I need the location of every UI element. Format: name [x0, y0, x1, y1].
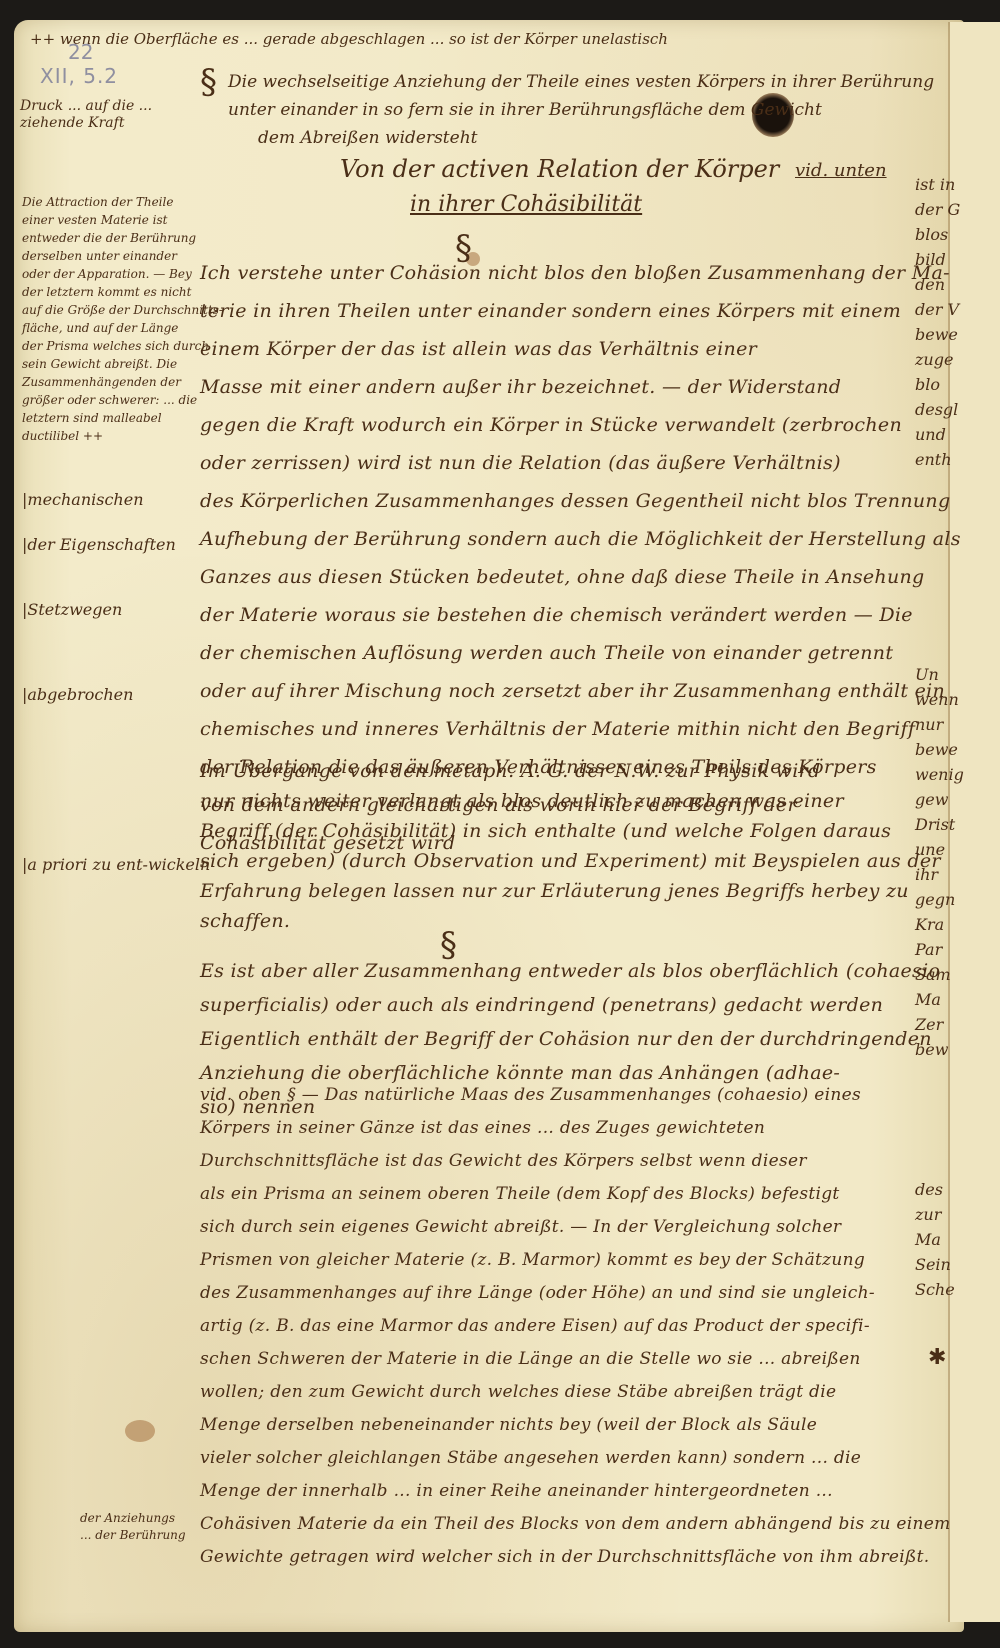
right-fragment-line: wenn [915, 690, 959, 709]
cross-reference: vid. unten [795, 160, 887, 181]
body-line: Aufhebung der Berührung sondern auch die… [200, 528, 961, 550]
margin-line: entweder die der Berührung [22, 231, 196, 245]
body-line: Ich verstehe unter Cohäsion nicht blos d… [200, 262, 950, 284]
right-fragment-line: der G [915, 200, 960, 219]
margin-line: der Prisma welches sich durch [22, 339, 209, 353]
right-fragment-line: zuge [915, 350, 953, 369]
body-line: Anziehung die oberflächliche könnte man … [200, 1062, 840, 1084]
body-line: Ganzes aus diesen Stücken bedeutet, ohne… [200, 566, 925, 588]
asterisk-mark: ✱ [928, 1345, 946, 1370]
body-line: Es ist aber aller Zusammenhang entweder … [200, 960, 940, 982]
margin-item: |der Eigenschaften [22, 535, 176, 554]
body-line: sich durch sein eigenes Gewicht abreißt.… [200, 1217, 841, 1237]
margin-line: fläche, und auf der Länge [22, 321, 178, 335]
body-line: Prismen von gleicher Materie (z. B. Marm… [200, 1250, 865, 1270]
body-line: nur nichts weiter verlangt als blos deut… [200, 790, 844, 812]
margin-item: |abgebrochen [22, 685, 133, 704]
right-fragment-line: wenig [915, 765, 964, 784]
right-fragment-line: Drist [915, 815, 955, 834]
margin-line: größer oder schwerer: ... die [22, 393, 197, 407]
margin-line: sein Gewicht abreißt. Die [22, 357, 177, 371]
right-fragment-line: blo [915, 375, 940, 394]
next-page-edge [950, 22, 1000, 1622]
right-fragment-line: Ma [915, 990, 941, 1009]
right-fragment-line: Ma [915, 1230, 941, 1249]
body-line: der chemischen Auflösung werden auch The… [200, 642, 893, 664]
right-fragment-line: bewe [915, 740, 958, 759]
body-line: Eigentlich enthält der Begriff der Cohäs… [200, 1028, 932, 1050]
right-fragment-line: bew [915, 1040, 948, 1059]
margin-line: der letztern kommt es nicht [22, 285, 191, 299]
section-symbol: § [440, 925, 457, 965]
title-line-2: in ihrer Cohäsibilität [410, 192, 642, 217]
body-line: Erfahrung belegen lassen nur zur Erläute… [200, 880, 909, 902]
body-line: Masse mit einer andern außer ihr bezeich… [200, 376, 841, 398]
body-line: artig (z. B. das eine Marmor das andere … [200, 1316, 870, 1336]
title-line-1: Von der activen Relation der Körper [340, 155, 779, 183]
shelfmark-code: XII, 5.2 [40, 64, 118, 88]
right-fragment-line: des [915, 1180, 943, 1199]
right-fragment-line: zur [915, 1205, 941, 1224]
body-line: wollen; den zum Gewicht durch welches di… [200, 1382, 836, 1402]
margin-line: oder der Apparation. — Bey [22, 267, 192, 281]
body-line: superficialis) oder auch als eindringend… [200, 994, 883, 1016]
body-line: chemisches und inneres Verhältnis der Ma… [200, 718, 915, 740]
ink-stain [125, 1420, 155, 1442]
top-annotation: ++ wenn die Oberfläche es ... gerade abg… [30, 30, 668, 48]
right-fragment-line: bewe [915, 325, 958, 344]
body-line: als ein Prisma an seinem oberen Theile (… [200, 1184, 840, 1204]
margin-note-bottom: der Anziehungs ... der Berührung [80, 1510, 190, 1544]
right-fragment-line: gegn [915, 890, 955, 909]
body-line: Menge der innerhalb ... in einer Reihe a… [200, 1481, 833, 1501]
body-line: schen Schweren der Materie in die Länge … [200, 1349, 861, 1369]
right-fragment-line: Sam [915, 965, 951, 984]
body-line: schaffen. [200, 910, 290, 932]
margin-line: Die Attraction der Theile [22, 195, 173, 209]
margin-line: Zusammenhängenden der [22, 375, 181, 389]
margin-item: |a priori zu ent-wickeln [22, 855, 210, 874]
margin-line: einer vesten Materie ist [22, 213, 168, 227]
body-line: Begriff (der Cohäsibilität) in sich enth… [200, 820, 891, 842]
right-fragment-line: ihr [915, 865, 938, 884]
right-fragment-line: Sche [915, 1280, 955, 1299]
right-fragment-line: und [915, 425, 946, 444]
body-line: Cohäsiven Materie da ein Theil des Block… [200, 1514, 951, 1534]
right-fragment-line: blos [915, 225, 948, 244]
margin-line: ductilibel ++ [22, 429, 103, 443]
margin-line: auf die Größe der Durchschnitts- [22, 303, 223, 317]
body-line: Körpers in seiner Gänze ist das eines ..… [200, 1118, 765, 1138]
right-fragment-line: Par [915, 940, 942, 959]
right-fragment-line: bild [915, 250, 946, 269]
right-fragment-line: Kra [915, 915, 944, 934]
body-line: Menge derselben nebeneinander nichts bey… [200, 1415, 817, 1435]
margin-item: |Stetzwegen [22, 600, 122, 619]
body-line: sich ergeben) (durch Observation und Exp… [200, 850, 941, 872]
body-line: Durchschnittsfläche ist das Gewicht des … [200, 1151, 807, 1171]
body-line: einem Körper der das ist allein was das … [200, 338, 757, 360]
right-fragment-line: desgl [915, 400, 958, 419]
right-fragment-line: den [915, 275, 945, 294]
right-fragment-line: Un [915, 665, 939, 684]
body-line: des Zusammenhanges auf ihre Länge (oder … [200, 1283, 875, 1303]
right-fragment-line: Zer [915, 1015, 943, 1034]
section-symbol: § [200, 62, 217, 102]
body-line: Gewichte getragen wird welcher sich in d… [200, 1547, 930, 1567]
body-line: vid. oben § — Das natürliche Maas des Zu… [200, 1085, 861, 1105]
body-line: vieler solcher gleichlangen Stäbe angese… [200, 1448, 861, 1468]
body-line: gegen die Kraft wodurch ein Körper in St… [200, 414, 902, 436]
right-fragment-line: gew [915, 790, 948, 809]
body-line: oder zerrissen) wird ist nun die Relatio… [200, 452, 841, 474]
right-fragment-line: Sein [915, 1255, 951, 1274]
margin-line: letztern sind malleabel [22, 411, 162, 425]
header-line: Die wechselseitige Anziehung der Theile … [228, 72, 934, 92]
body-line: der Materie woraus sie bestehen die chem… [200, 604, 913, 626]
right-fragment-line: une [915, 840, 945, 859]
body-line: oder auf ihrer Mischung noch zersetzt ab… [200, 680, 945, 702]
margin-note-top: Druck ... auf die ... ziehende Kraft [20, 98, 190, 132]
right-fragment-line: enth [915, 450, 952, 469]
right-fragment-line: der V [915, 300, 959, 319]
margin-line: derselben unter einander [22, 249, 177, 263]
body-line: Im Übergange von den metaph. A. G. der N… [200, 760, 821, 782]
margin-item: |mechanischen [22, 490, 144, 509]
body-line: des Körperlichen Zusammenhanges dessen G… [200, 490, 950, 512]
header-line: unter einander in so fern sie in ihrer B… [228, 100, 822, 120]
body-line: terie in ihren Theilen unter einander so… [200, 300, 901, 322]
right-fragment-line: nur [915, 715, 943, 734]
right-fragment-line: ist in [915, 175, 955, 194]
header-line: dem Abreißen widersteht [258, 128, 477, 148]
